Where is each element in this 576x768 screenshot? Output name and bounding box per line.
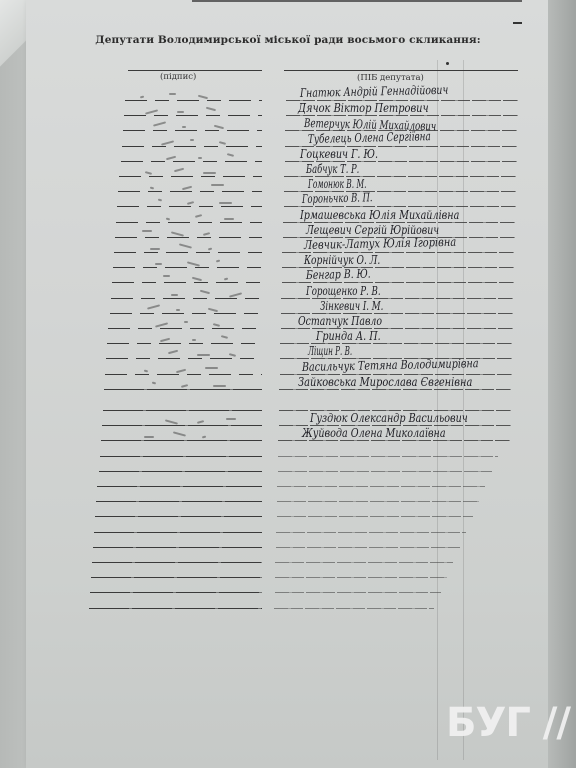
signature-line <box>104 389 262 390</box>
deputy-name: Зайковська Мирослава Євгенівна <box>298 375 472 389</box>
deputy-name: Зінкевич І. М. <box>320 299 383 313</box>
ink-dot <box>446 62 449 65</box>
redacted-signature-mark <box>176 309 180 311</box>
signature-line <box>121 161 262 162</box>
redacted-signature-mark <box>150 248 160 250</box>
signature-line <box>95 516 262 517</box>
name-header-line <box>284 70 518 71</box>
name-line <box>278 456 498 457</box>
signature-line <box>116 222 262 223</box>
redacted-signature-mark <box>169 93 176 95</box>
redacted-signature-mark <box>219 202 232 204</box>
name-line <box>276 547 460 548</box>
signature-line <box>123 130 262 131</box>
deputy-name: Дячок Віктор Петрович <box>298 101 429 115</box>
deputy-name: Бабчук Т. Р. <box>306 162 359 176</box>
redacted-signature-mark <box>205 367 218 369</box>
signature-line <box>125 100 262 101</box>
signature-line <box>89 608 262 609</box>
name-line <box>276 532 466 533</box>
signature-line <box>105 374 262 375</box>
deputy-name: Гомонюк В. М. <box>308 177 366 191</box>
signature-line <box>92 562 262 563</box>
document-title: Депутати Володимирської міської ради вос… <box>0 34 576 46</box>
signature-line <box>112 282 262 283</box>
redacted-signature-mark <box>142 230 152 232</box>
signature-line <box>122 146 262 147</box>
name-line <box>275 592 441 593</box>
redacted-signature-mark <box>190 139 194 141</box>
name-line <box>281 298 513 299</box>
deputy-name: Корнійчук О. Л. <box>304 253 380 267</box>
signature-line <box>111 298 262 299</box>
signature-line <box>119 176 262 177</box>
signature-line <box>99 471 262 472</box>
deputy-name: Гринда А. П. <box>316 329 381 343</box>
deputy-name: Ліщин Р. В. <box>308 344 352 358</box>
redacted-signature-mark <box>144 436 154 438</box>
deputy-name: Гоцкевич Г. Ю. <box>300 147 378 161</box>
signature-line <box>115 237 262 238</box>
signature-line <box>103 410 262 411</box>
signature-line <box>101 440 262 441</box>
redacted-signature-mark <box>155 263 162 265</box>
deputy-name: Остапчук Павло <box>298 314 382 328</box>
redacted-signature-mark <box>182 126 186 128</box>
redacted-signature-mark <box>163 275 170 277</box>
name-line <box>284 206 516 207</box>
signature-line <box>108 328 262 329</box>
deputy-name: Гороньчко В. П. <box>302 190 373 206</box>
signature-header-line <box>128 70 262 71</box>
signature-line <box>107 343 262 344</box>
redacted-signature-mark <box>171 294 178 296</box>
redacted-signature-mark <box>213 385 226 387</box>
name-column-caption: (ПІБ депутата) <box>357 73 424 83</box>
name-line <box>277 516 473 517</box>
deputy-name: Гуздюк Олександр Васильович <box>310 411 468 425</box>
signature-line <box>106 358 262 359</box>
signature-line <box>97 486 262 487</box>
signature-line <box>91 577 262 578</box>
deputy-name: Ірмашевська Юлія Михайлівна <box>300 208 459 222</box>
name-line <box>277 501 479 502</box>
redacted-signature-mark <box>203 172 216 174</box>
redacted-signature-mark <box>197 354 210 356</box>
name-line <box>277 486 485 487</box>
signature-line <box>114 252 262 253</box>
signature-line <box>100 456 262 457</box>
redacted-signature-mark <box>226 418 236 420</box>
signature-column-caption: (підпис) <box>160 72 196 82</box>
signature-line <box>117 206 262 207</box>
deputy-name: Горощенко Р. В. <box>306 284 381 298</box>
name-line <box>275 562 453 563</box>
sheet-edge-shadow <box>548 0 576 768</box>
redacted-signature-mark <box>184 321 188 323</box>
watermark-logo: БУГ // <box>446 700 570 746</box>
redacted-signature-mark <box>211 184 224 186</box>
name-line <box>279 389 511 390</box>
name-line <box>274 608 434 609</box>
redacted-signature-mark <box>177 111 184 113</box>
signature-line <box>124 115 262 116</box>
signature-line <box>113 267 262 268</box>
name-line <box>275 577 447 578</box>
edge-mark <box>513 22 522 24</box>
signature-line <box>110 313 262 314</box>
name-line <box>282 282 514 283</box>
deputy-name: Тубелець Олена Сергіївна <box>308 129 431 146</box>
deputy-name: Жуйвода Олена Миколаївна <box>302 426 446 440</box>
name-line <box>278 440 510 441</box>
redacted-signature-mark <box>192 339 196 341</box>
signature-line <box>90 592 262 593</box>
signature-line <box>94 532 262 533</box>
signature-line <box>93 547 262 548</box>
redacted-signature-mark <box>224 218 234 220</box>
top-rule-line <box>192 0 522 2</box>
signature-line <box>96 501 262 502</box>
name-line <box>278 471 492 472</box>
redacted-signature-mark <box>198 157 202 159</box>
deputy-name: Бенгар В. Ю. <box>306 267 371 282</box>
signature-line <box>102 425 262 426</box>
signature-line <box>118 191 262 192</box>
